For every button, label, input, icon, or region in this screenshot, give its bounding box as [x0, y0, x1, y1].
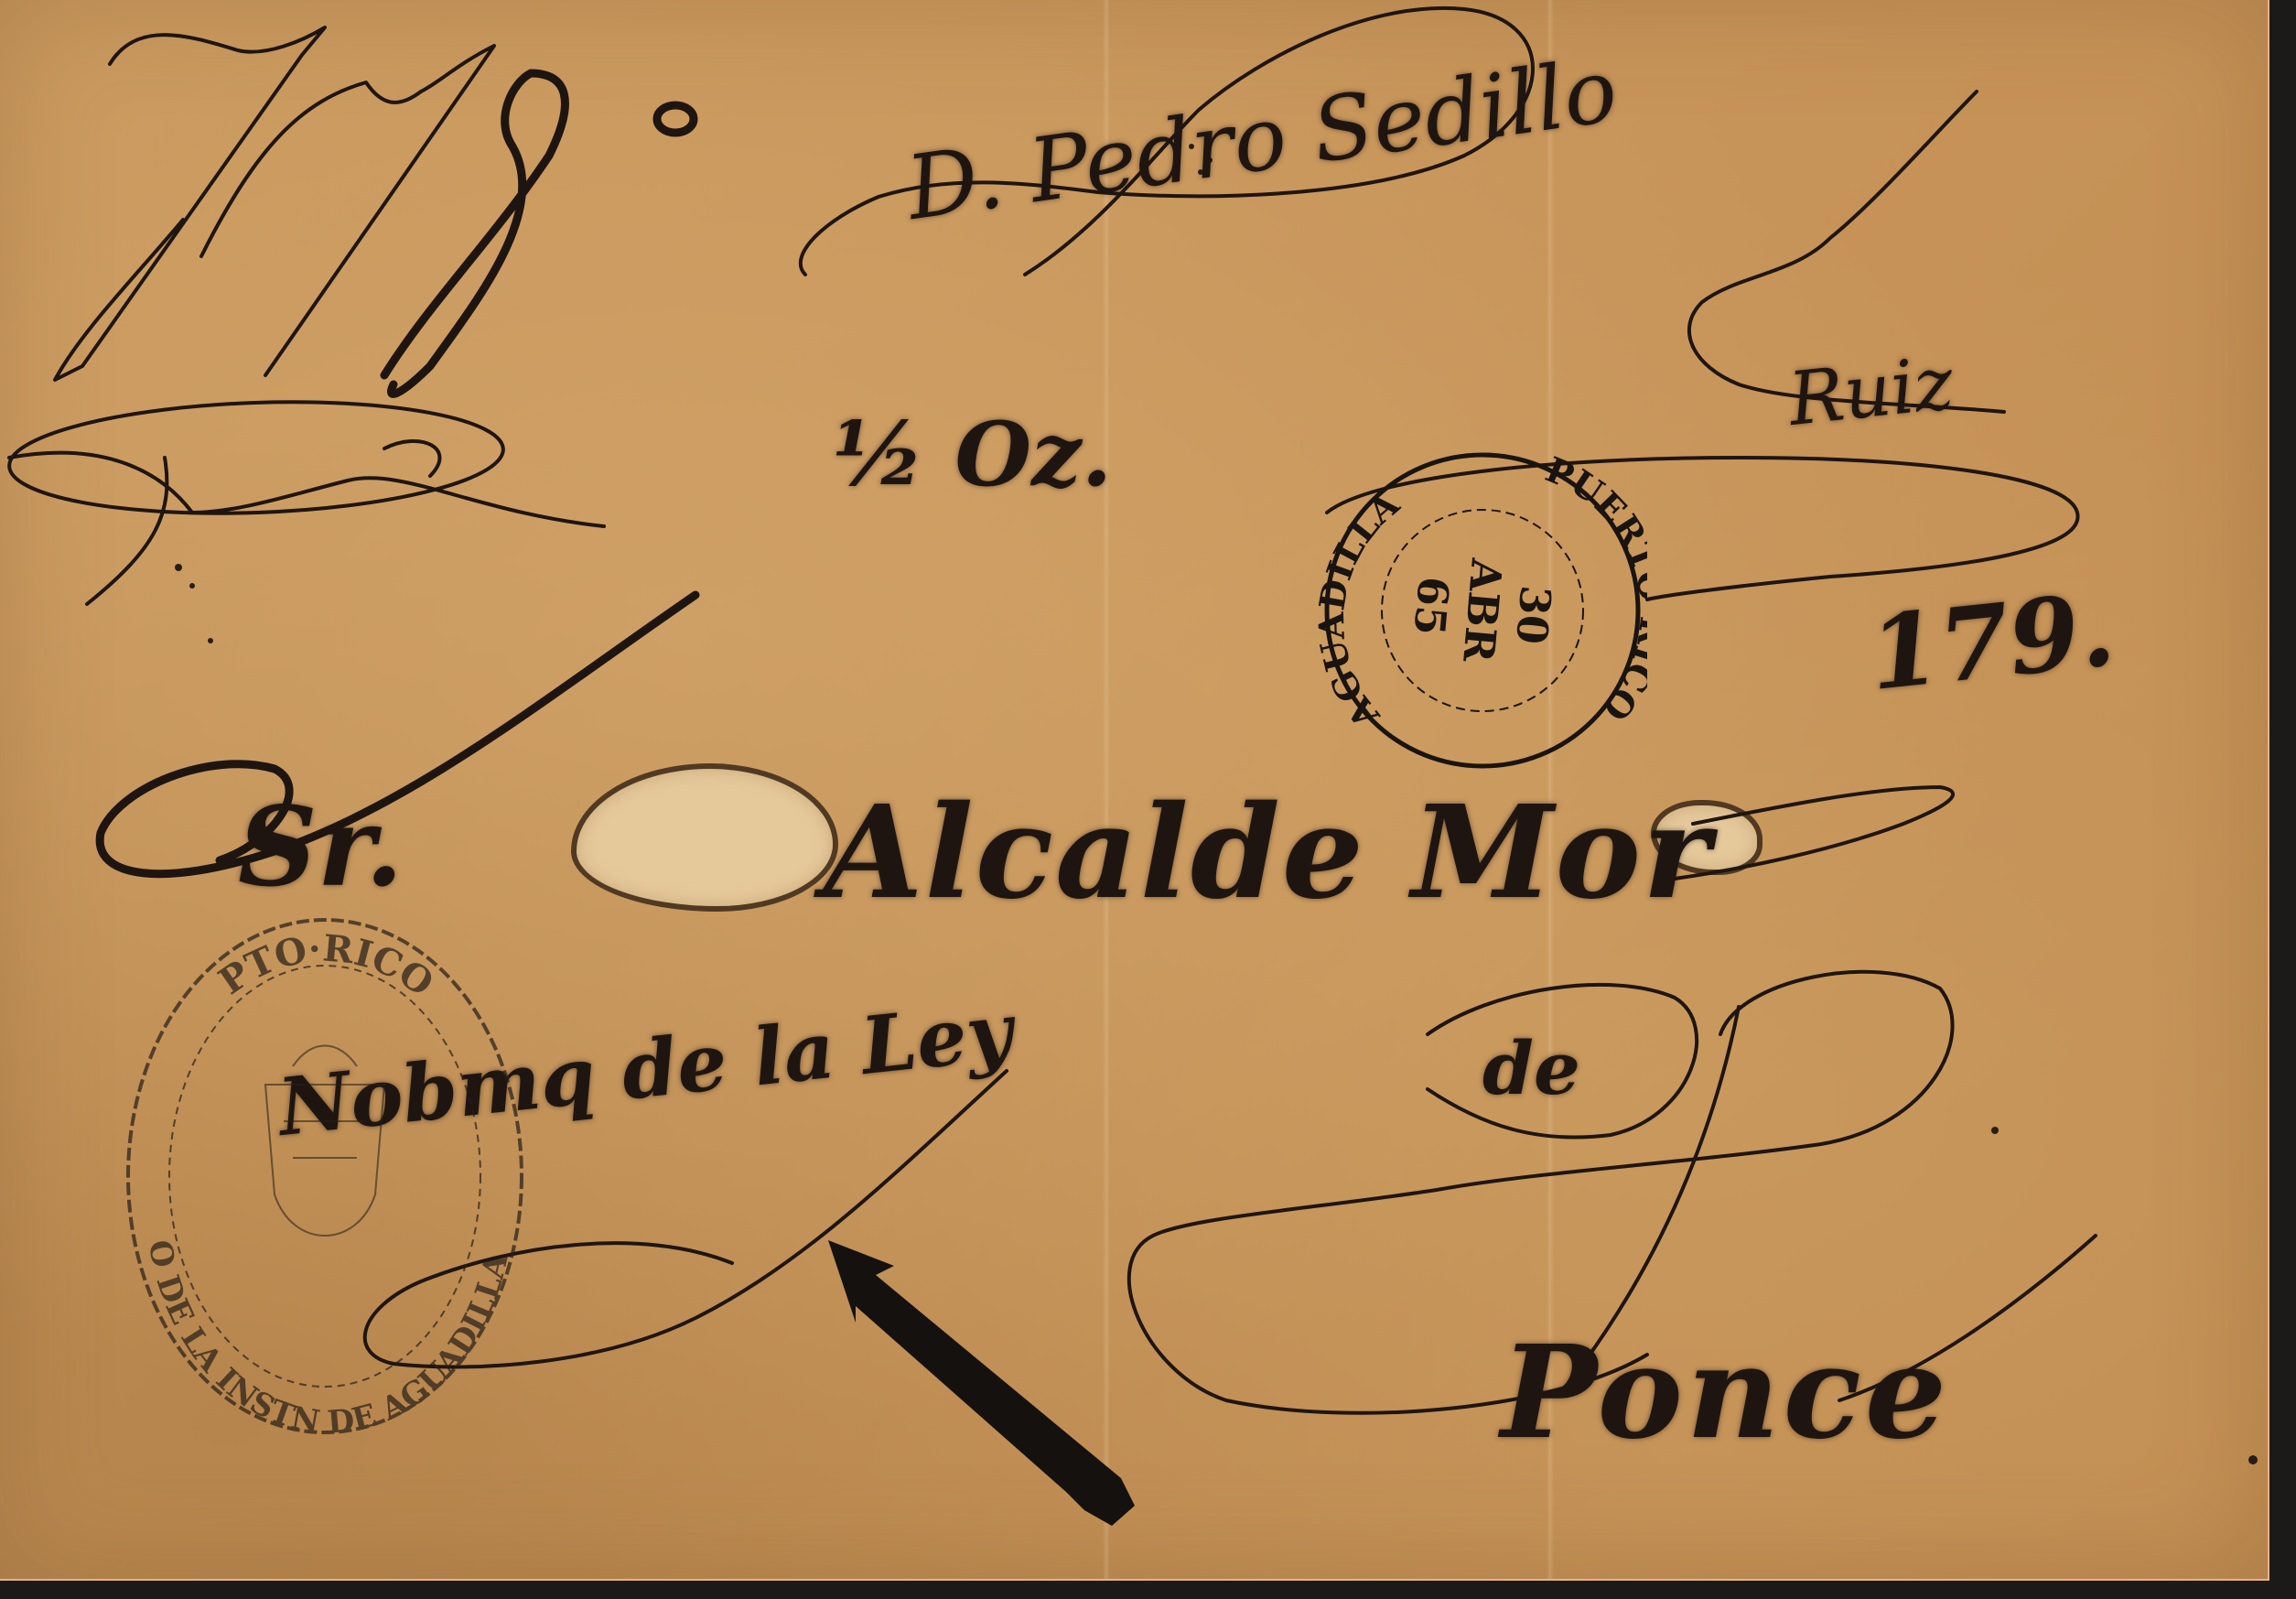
addressee-surname: Ruiz — [1784, 340, 1956, 442]
seal-bottom-text: O DE LA INSTN DE AGUADILLA — [141, 1237, 516, 1442]
arrow-pointer-icon — [819, 1231, 1148, 1533]
postmark-month: ABR — [1453, 556, 1512, 664]
svg-text:O DE LA INSTN DE AGUADILLA: O DE LA INSTN DE AGUADILLA — [141, 1237, 516, 1442]
weight-mark-text: ½ Oz. — [833, 403, 1112, 506]
seal-oval: PTO·RICO O DE LA INSTN DE AGUADILLA — [110, 902, 540, 1451]
title-line: Alcalde Mor — [824, 778, 1712, 928]
place-prefix-text: de — [1482, 1025, 1580, 1111]
seal-top-text: PTO·RICO — [211, 926, 441, 1005]
postmark-town: AGUADILLA — [1318, 483, 1407, 737]
place-name-text: Ponce — [1501, 1318, 1950, 1468]
place-name: Ponce — [1501, 1318, 1950, 1468]
salutation-text: Sr. — [238, 783, 404, 912]
document-viewer: D. Pedro Sedillo Ruiz ½ Oz. 179. Sr. Alc… — [0, 0, 2296, 1599]
cover-paper: D. Pedro Sedillo Ruiz ½ Oz. 179. Sr. Alc… — [0, 0, 2269, 1581]
addressee-surname-text: Ruiz — [1784, 340, 1956, 442]
seal-crest-icon — [265, 1046, 384, 1237]
svg-text:PTO·RICO: PTO·RICO — [211, 926, 441, 1005]
postmark: AGUADILLA PUERTO RICO 30 ABR 65 — [1318, 446, 1647, 775]
rubric-flourish — [7, 394, 604, 604]
salutation: Sr. — [238, 783, 404, 912]
oval-seal: PTO·RICO O DE LA INSTN DE AGUADILLA — [110, 902, 540, 1451]
place-prefix: de — [1482, 1025, 1580, 1111]
weight-mark: ½ Oz. — [833, 403, 1112, 506]
postmark-day: 30 — [1506, 584, 1560, 646]
visto-bueno-mark — [55, 27, 694, 394]
postmark-circle: AGUADILLA PUERTO RICO 30 ABR 65 — [1318, 446, 1647, 775]
title-line-text: Alcalde Mor — [824, 778, 1712, 928]
postmark-year: 65 — [1405, 575, 1459, 637]
title-flourish — [1675, 787, 1953, 879]
svg-text:AGUADILLA: AGUADILLA — [1318, 483, 1407, 737]
